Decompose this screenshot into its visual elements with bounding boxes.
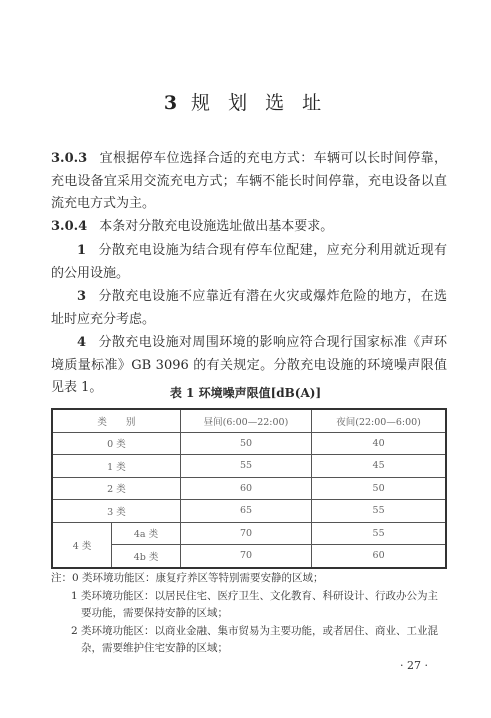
table-row: 0 类 50 40 xyxy=(52,432,446,455)
item-3: 3分散充电设施不应靠近有潜在火灾或爆炸危险的地方，在选址时应充分考虑。 xyxy=(51,286,447,331)
cell-day: 50 xyxy=(180,432,311,455)
cell-category: 0 类 xyxy=(52,432,180,455)
cell-day: 60 xyxy=(180,477,311,500)
table-row: 2 类 60 50 xyxy=(52,477,446,500)
header-night: 夜间(22:00—6:00) xyxy=(312,409,446,432)
cell-category: 3 类 xyxy=(52,500,180,523)
chapter-title: 3规 划 选 址 xyxy=(0,88,491,115)
note-2: 2 类环境功能区：以商业金融、集市贸易为主要功能，或者居住、商业、工业混杂，需要… xyxy=(61,623,447,658)
cell-night: 55 xyxy=(312,500,446,523)
cell-day: 70 xyxy=(180,522,311,545)
cell-category: 1 类 xyxy=(52,455,180,478)
item-text: 分散充电设施为结合现有停车位配建，应充分利用就近现有的公用设施。 xyxy=(51,243,447,281)
item-1: 1分散充电设施为结合现有停车位配建，应充分利用就近现有的公用设施。 xyxy=(51,240,447,285)
item-number: 1 xyxy=(77,243,86,258)
table-row: 3 类 65 55 xyxy=(52,500,446,523)
table-header-row: 类 别 昼间(6:00—22:00) 夜间(22:00—6:00) xyxy=(52,409,446,432)
cell-day: 55 xyxy=(180,455,311,478)
cell-night: 60 xyxy=(312,545,446,568)
item-number: 3 xyxy=(77,289,86,304)
table-row: 4b 类 70 60 xyxy=(52,545,446,568)
cell-subcategory: 4b 类 xyxy=(112,545,181,568)
item-number: 4 xyxy=(77,335,86,350)
item-text: 分散充电设施不应靠近有潜在火灾或爆炸危险的地方，在选址时应充分考虑。 xyxy=(51,289,447,327)
cell-subcategory: 4a 类 xyxy=(112,522,181,545)
header-category: 类 别 xyxy=(52,409,180,432)
header-day: 昼间(6:00—22:00) xyxy=(180,409,311,432)
page-number: · 27 · xyxy=(400,659,428,672)
cell-day: 65 xyxy=(180,500,311,523)
cell-night: 45 xyxy=(312,455,446,478)
table-row: 4 类 4a 类 70 55 xyxy=(52,522,446,545)
chapter-number: 3 xyxy=(164,92,177,114)
table-row: 1 类 55 45 xyxy=(52,455,446,478)
clause-3-0-4: 3.0.4本条对分散充电设施选址做出基本要求。 xyxy=(51,216,447,239)
noise-limit-table: 类 别 昼间(6:00—22:00) 夜间(22:00—6:00) 0 类 50… xyxy=(51,408,447,569)
note-1: 1 类环境功能区：以居民住宅、医疗卫生、文化教育、科研设计、行政办公为主要功能，… xyxy=(61,588,447,623)
note-0: 注：0 类环境功能区：康复疗养区等特别需要安静的区域； xyxy=(51,570,447,588)
cell-group-category: 4 类 xyxy=(52,522,112,568)
clause-id: 3.0.3 xyxy=(51,151,87,166)
cell-category: 2 类 xyxy=(52,477,180,500)
clause-id: 3.0.4 xyxy=(51,219,87,234)
cell-day: 70 xyxy=(180,545,311,568)
clause-text: 本条对分散充电设施选址做出基本要求。 xyxy=(99,219,333,234)
cell-night: 55 xyxy=(312,522,446,545)
chapter-title-text: 规 划 选 址 xyxy=(191,92,327,114)
table-caption: 表 1 环境噪声限值[dB(A)] xyxy=(0,384,491,401)
cell-night: 40 xyxy=(312,432,446,455)
cell-night: 50 xyxy=(312,477,446,500)
clause-text: 宜根据停车位选择合适的充电方式：车辆可以长时间停靠，充电设备宜采用交流充电方式；… xyxy=(51,151,447,211)
table-notes: 注：0 类环境功能区：康复疗养区等特别需要安静的区域； 1 类环境功能区：以居民… xyxy=(51,570,447,658)
clause-3-0-3: 3.0.3宜根据停车位选择合适的充电方式：车辆可以长时间停靠，充电设备宜采用交流… xyxy=(51,148,447,216)
